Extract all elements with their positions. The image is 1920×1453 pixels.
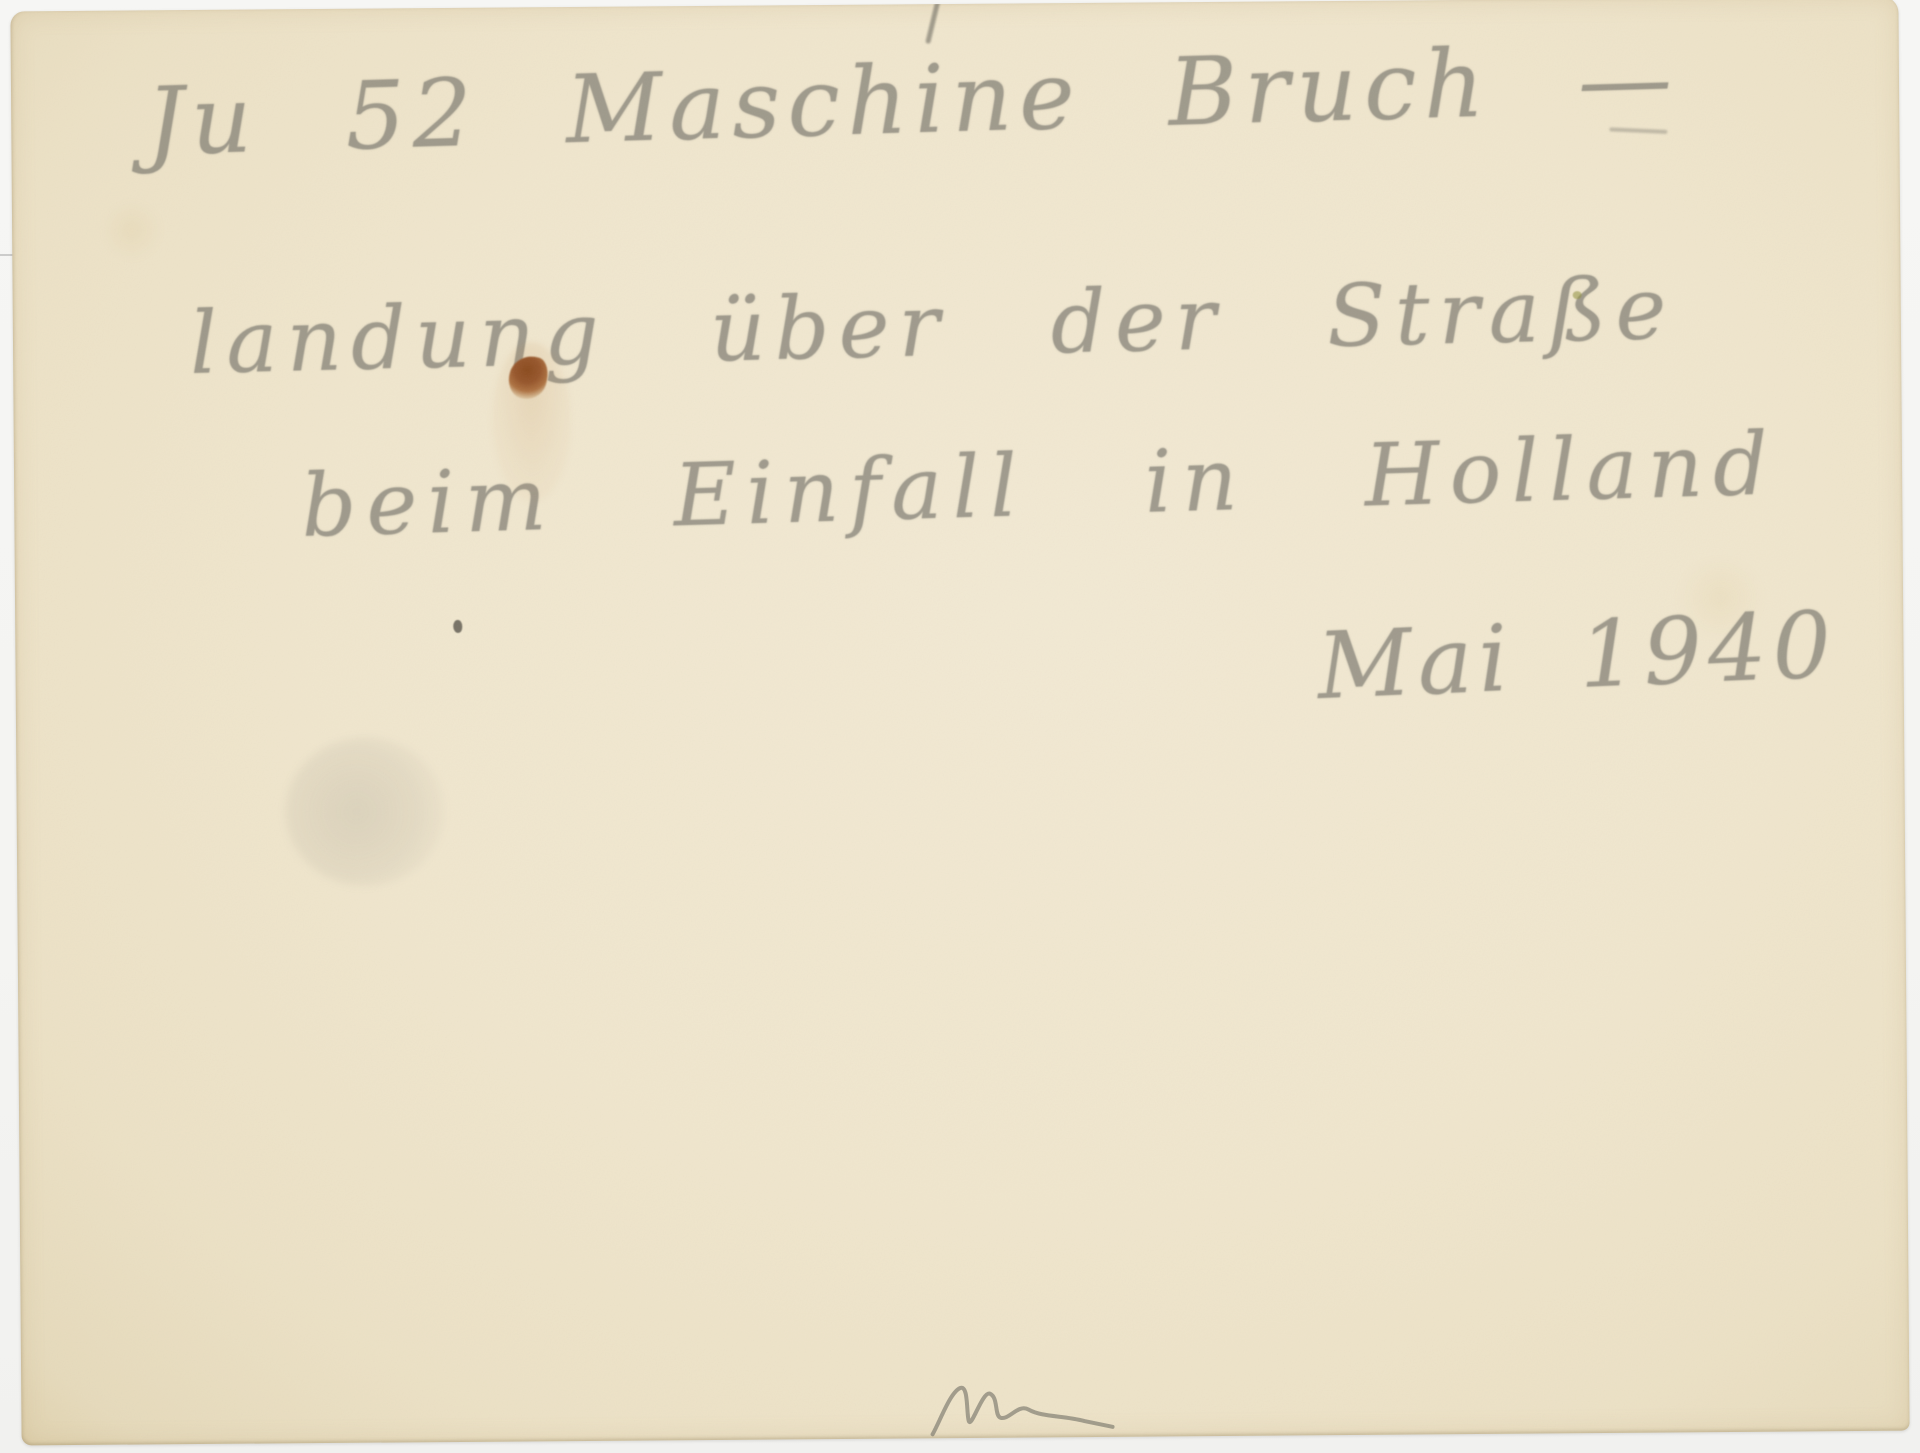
pencil-tick-top [925,0,941,44]
photo-card-back: Ju 52 Maschine Bruch — landung über der … [10,0,1909,1445]
paper-grain-texture [10,0,1909,1445]
olive-speck [1573,291,1582,299]
dark-speck [453,620,462,633]
pencil-squiggle-bottom [926,1374,1157,1445]
scan-background: Ju 52 Maschine Bruch — landung über der … [0,0,1920,1453]
fingerprint-smudge [284,736,445,887]
handwriting-line-2: landung über der Straße [189,259,1677,394]
handwriting-line-4: Mai 1940 [1315,591,1839,720]
handwriting-line-1: Ju 52 Maschine Bruch — [145,24,1681,177]
age-spot [102,200,162,260]
